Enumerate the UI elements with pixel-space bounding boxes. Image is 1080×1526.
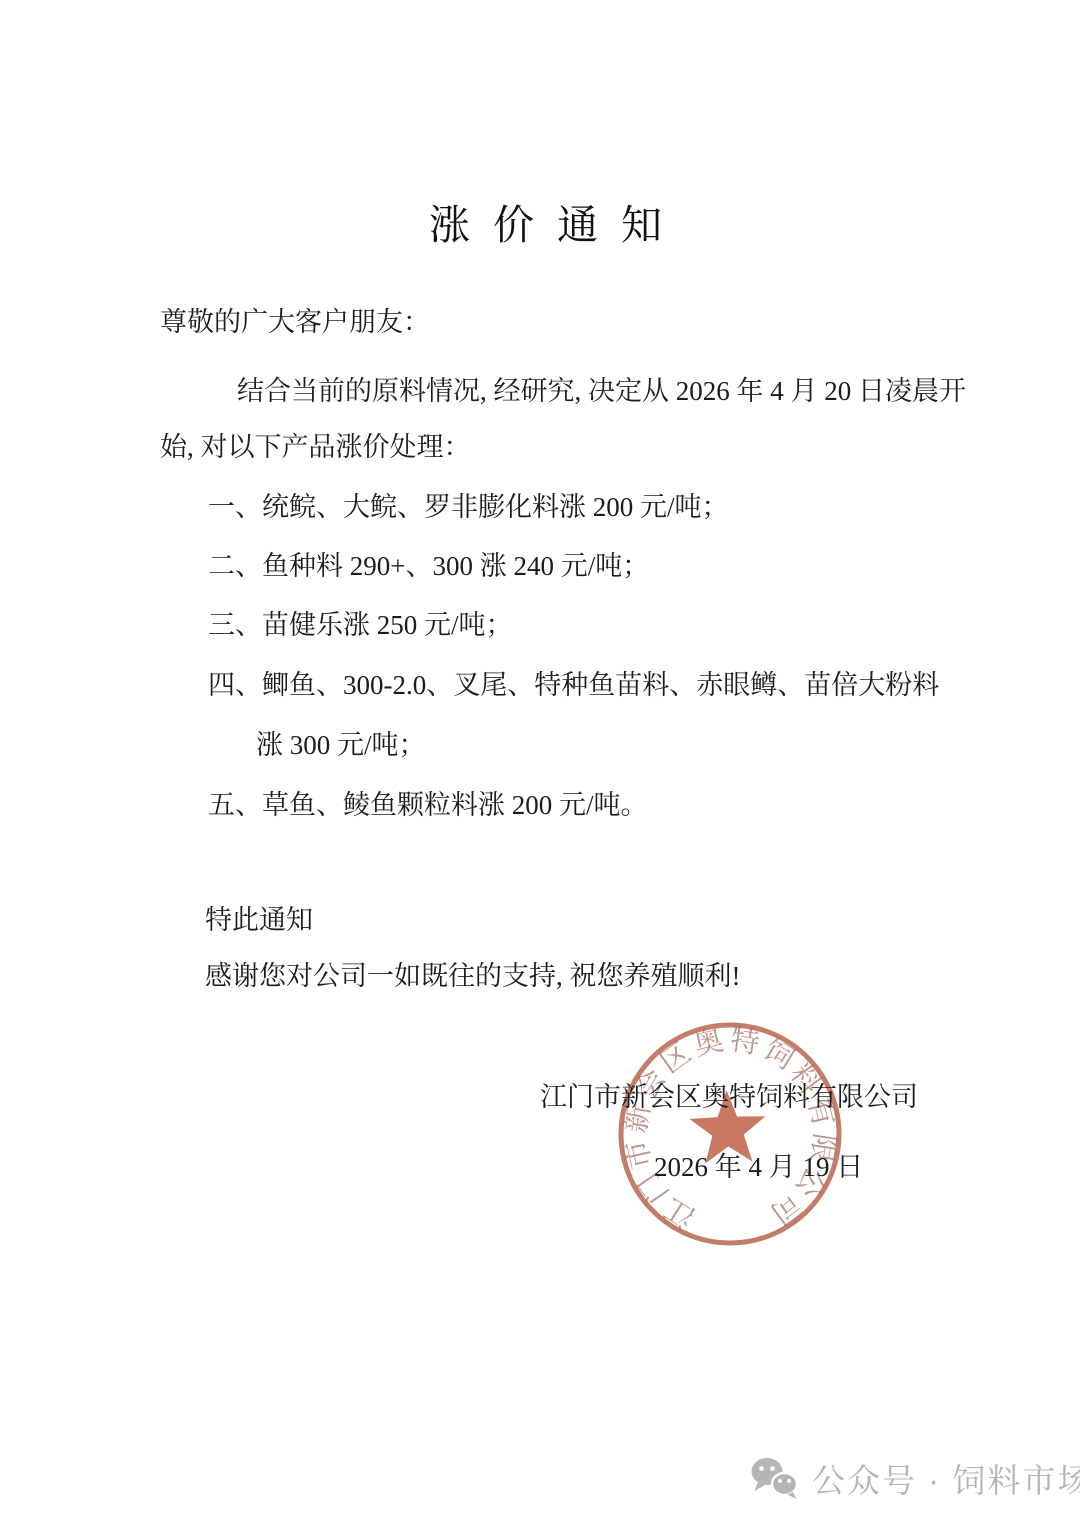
footer-platform-label: 公众号 · 饲料市场 [812, 1455, 1080, 1502]
intro-line-1: 结合当前的原料情况, 经研究, 决定从 2026 年 4 月 20 日凌晨开 [237, 371, 966, 411]
notice-item-4-line-1: 四、鲫鱼、300-2.0、叉尾、特种鱼苗料、赤眼鳟、苗倍大粉料 [208, 665, 939, 705]
intro-line-2: 始, 对以下产品涨价处理： [160, 427, 471, 467]
notice-title: 涨价通知 [34, 192, 1080, 251]
thanks-line: 感谢您对公司一如既往的支持, 祝您养殖顺利! [205, 956, 741, 996]
notice-item-4-line-2: 涨 300 元/吨； [256, 725, 426, 765]
greeting-line: 尊敬的广大客户朋友： [160, 302, 430, 342]
wechat-icon [750, 1456, 800, 1500]
notice-item-2: 二、鱼种料 290+、300 涨 240 元/吨； [208, 546, 649, 586]
notice-item-1: 一、统鲩、大鲩、罗非膨化料涨 200 元/吨； [208, 487, 729, 527]
footer-watermark: 公众号 · 饲料市场 [750, 1452, 1080, 1504]
closing-line: 特此通知 [205, 900, 313, 940]
company-signature: 江门市新会区奥特饲料有限公司 [540, 1077, 918, 1117]
company-stamp: 江门市新会区奥特饲料有限公司 [609, 1013, 851, 1255]
stamp-seal-icon: 江门市新会区奥特饲料有限公司 [609, 1013, 851, 1255]
notice-document: 涨价通知 尊敬的广大客户朋友： 结合当前的原料情况, 经研究, 决定从 2026… [0, 0, 1080, 1526]
notice-item-3: 三、苗健乐涨 250 元/吨； [208, 605, 513, 645]
signature-date: 2026 年 4 月 19 日 [654, 1147, 863, 1187]
notice-item-5: 五、草鱼、鲮鱼颗粒料涨 200 元/吨。 [208, 785, 648, 825]
